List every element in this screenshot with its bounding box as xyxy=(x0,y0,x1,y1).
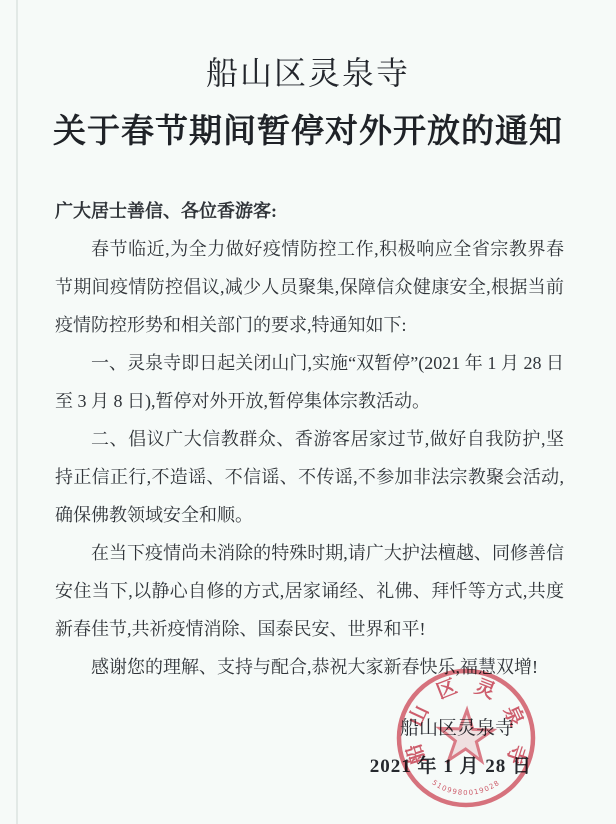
scan-artifact-line xyxy=(16,0,18,824)
notice-document: 船山区灵泉寺 关于春节期间暂停对外开放的通知 广大居士善信、各位香游客: 春节临… xyxy=(0,0,616,824)
paragraph-practice: 在当下疫情尚未消除的特殊时期,请广大护法檀越、同修善信安住当下,以静心自修的方式… xyxy=(55,534,564,648)
star-icon xyxy=(439,709,494,762)
paragraph-intro: 春节临近,为全力做好疫情防控工作,积极响应全省宗教界春节期间疫情防控倡议,减少人… xyxy=(55,230,564,344)
seal-serial-number: 5109980019028 xyxy=(430,779,501,797)
temple-name-title: 船山区灵泉寺 xyxy=(0,0,616,95)
salutation: 广大居士善信、各位香游客: xyxy=(55,192,564,230)
notice-body: 广大居士善信、各位香游客: 春节临近,为全力做好疫情防控工作,积极响应全省宗教界… xyxy=(55,192,564,686)
paragraph-item-1: 一、灵泉寺即日起关闭山门,实施“双暂停”(2021 年 1 月 28 日至 3 … xyxy=(55,344,564,420)
notice-title: 关于春节期间暂停对外开放的通知 xyxy=(0,109,616,155)
temple-seal: 船 山 区 灵 泉 寺 5109980019028 xyxy=(390,662,542,814)
paragraph-item-2: 二、倡议广大信教群众、香游客居家过节,做好自我防护,坚持正信正行,不造谣、不信谣… xyxy=(55,420,564,534)
